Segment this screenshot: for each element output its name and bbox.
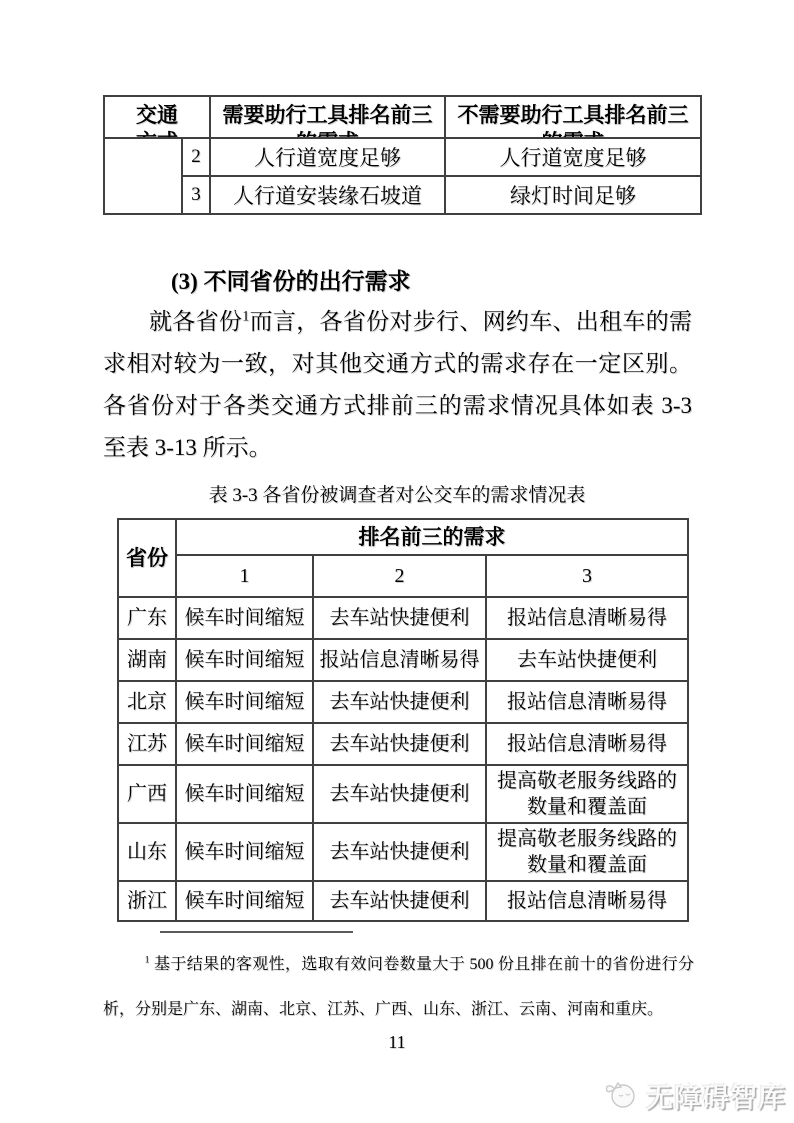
rank-cell: 2 [182,138,210,176]
need-3-cell: 提高敬老服务线路的数量和覆盖面 [486,765,688,823]
province-cell: 江苏 [118,723,176,765]
table-row-hunan: 湖南 候车时间缩短 报站信息清晰易得 去车站快捷便利 [118,639,688,681]
need-3-cell: 去车站快捷便利 [486,639,688,681]
need-1-cell: 候车时间缩短 [176,823,313,881]
province-cell: 山东 [118,823,176,881]
table-row-zhejiang: 浙江 候车时间缩短 去车站快捷便利 报站信息清晰易得 [118,881,688,921]
need-1-cell: 候车时间缩短 [176,723,313,765]
page-number: 11 [0,1032,794,1053]
province-cell: 广东 [118,597,176,639]
header-need-aid: 需要助行工具排名前三的需求 [210,96,445,138]
province-bus-needs-table: 省份 排名前三的需求 1 2 3 广东 候车时间缩短 去车站快捷便利 报站信息清… [117,518,689,922]
need-2-cell: 去车站快捷便利 [313,597,486,639]
need-cell: 人行道安装缘石坡道 [210,176,445,214]
table-row: 3 人行道安装缘石坡道 绿灯时间足够 [104,176,701,214]
need-3-cell: 报站信息清晰易得 [486,681,688,723]
document-page: 交通方式 需要助行工具排名前三的需求 不需要助行工具排名前三的需求 2 人行道宽… [0,0,794,1123]
table-row-jiangsu: 江苏 候车时间缩短 去车站快捷便利 报站信息清晰易得 [118,723,688,765]
watermark: 无障碍智库 [603,1076,786,1115]
rank-cell: 3 [182,176,210,214]
need-3-cell: 报站信息清晰易得 [486,597,688,639]
table-subheader-row: 1 2 3 [118,555,688,597]
header-transport-mode: 交通方式 [104,96,210,138]
watermark-text: 无障碍智库 [646,1076,786,1115]
body-paragraph: 就各省份1而言，各省份对步行、网约车、出租车的需求相对较为一致，对其他交通方式的… [103,301,692,469]
table-row-beijing: 北京 候车时间缩短 去车站快捷便利 报站信息清晰易得 [118,681,688,723]
cat-logo-icon [603,1081,639,1111]
need-3-cell: 提高敬老服务线路的数量和覆盖面 [486,823,688,881]
table-caption: 表 3-3 各省份被调查者对公交车的需求情况表 [0,480,794,507]
table-header-row: 交通方式 需要助行工具排名前三的需求 不需要助行工具排名前三的需求 [104,96,701,138]
need-2-cell: 去车站快捷便利 [313,765,486,823]
no-need-cell: 人行道宽度足够 [445,138,701,176]
need-1-cell: 候车时间缩短 [176,881,313,921]
table-row-guangdong: 广东 候车时间缩短 去车站快捷便利 报站信息清晰易得 [118,597,688,639]
footnote-number: 1 [145,955,150,966]
need-2-cell: 去车站快捷便利 [313,881,486,921]
need-3-cell: 报站信息清晰易得 [486,881,688,921]
need-1-cell: 候车时间缩短 [176,681,313,723]
province-cell: 浙江 [118,881,176,921]
table-row: 2 人行道宽度足够 人行道宽度足够 [104,138,701,176]
need-2-cell: 去车站快捷便利 [313,681,486,723]
rank-header-3: 3 [486,555,688,597]
table-row-shandong: 山东 候车时间缩短 去车站快捷便利 提高敬老服务线路的数量和覆盖面 [118,823,688,881]
need-1-cell: 候车时间缩短 [176,597,313,639]
header-top3-needs: 排名前三的需求 [176,519,688,555]
province-cell: 广西 [118,765,176,823]
no-need-cell: 绿灯时间足够 [445,176,701,214]
footnote-separator [160,931,353,933]
need-2-cell: 去车站快捷便利 [313,823,486,881]
rank-header-2: 2 [313,555,486,597]
mode-cell-empty [104,138,182,214]
header-no-need-aid: 不需要助行工具排名前三的需求 [445,96,701,138]
rank-header-1: 1 [176,555,313,597]
need-1-cell: 候车时间缩短 [176,765,313,823]
continued-needs-table: 交通方式 需要助行工具排名前三的需求 不需要助行工具排名前三的需求 2 人行道宽… [103,95,702,215]
province-cell: 湖南 [118,639,176,681]
province-cell: 北京 [118,681,176,723]
footnote: 1 基于结果的客观性，选取有效问卷数量大于 500 份且排在前十的省份进行分析，… [103,942,694,1032]
need-1-cell: 候车时间缩短 [176,639,313,681]
need-2-cell: 报站信息清晰易得 [313,639,486,681]
need-2-cell: 去车站快捷便利 [313,723,486,765]
need-cell: 人行道宽度足够 [210,138,445,176]
header-province: 省份 [118,519,176,597]
need-3-cell: 报站信息清晰易得 [486,723,688,765]
section-heading: (3) 不同省份的出行需求 [103,263,693,296]
table-header-row: 省份 排名前三的需求 [118,519,688,555]
table-row-guangxi: 广西 候车时间缩短 去车站快捷便利 提高敬老服务线路的数量和覆盖面 [118,765,688,823]
